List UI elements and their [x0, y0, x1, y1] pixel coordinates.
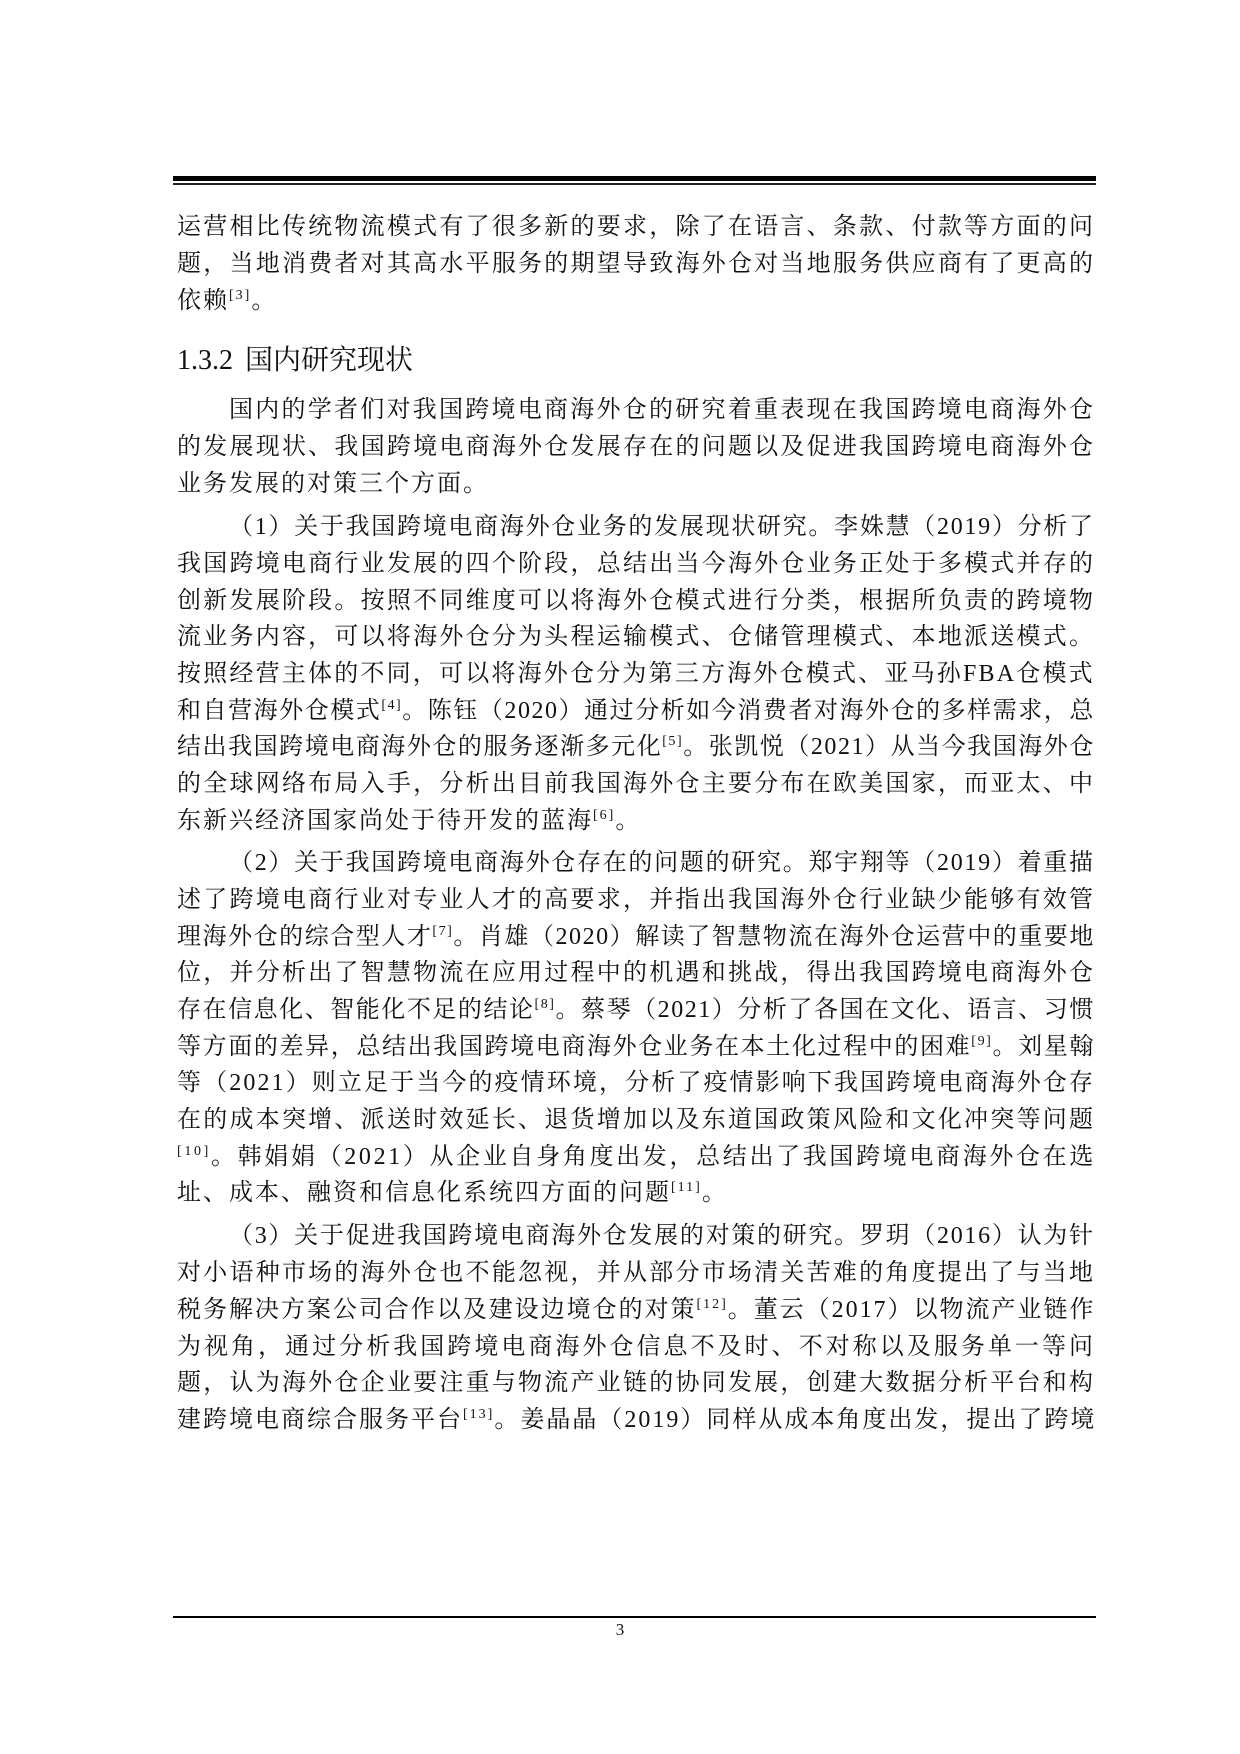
- line-text: 等（2021）则立足于当今的疫情环境，分析了疫情影响下我国跨境电商海外仓存: [177, 1070, 1095, 1096]
- text-line: 理海外仓的综合型人才[7]。肖雄（2020）解读了智慧物流在海外仓运营中的重要地: [177, 922, 1093, 952]
- line-text: 题，认为海外仓企业要注重与物流产业链的协同发展，创建大数据分析平台和构: [177, 1370, 1095, 1396]
- text-line: （1）关于我国跨境电商海外仓业务的发展现状研究。李姝慧（2019）分析了: [229, 512, 1093, 542]
- line-text: 存在信息化、智能化不足的结论: [177, 997, 535, 1023]
- citation-ref[interactable]: [4]: [381, 698, 402, 713]
- line-text-continued: 。肖雄（2020）解读了智慧物流在海外仓运营中的重要地: [453, 924, 1095, 950]
- citation-ref[interactable]: [11]: [671, 1180, 702, 1195]
- line-text: 东新兴经济国家尚处于待开发的蓝海: [177, 808, 593, 834]
- footer-rule: [173, 1616, 1096, 1618]
- text-line: 流业务内容，可以将海外仓分为头程运输模式、仓储管理模式、本地派送模式。: [177, 622, 1093, 652]
- citation-ref[interactable]: [13]: [463, 1407, 494, 1422]
- text-line: 等（2021）则立足于当今的疫情环境，分析了疫情影响下我国跨境电商海外仓存: [177, 1068, 1093, 1098]
- line-text: 结出我国跨境电商海外仓的服务逐渐多元化: [177, 734, 662, 760]
- text-line: （2）关于我国跨境电商海外仓存在的问题的研究。郑宇翔等（2019）着重描: [229, 848, 1093, 878]
- text-line: [10]。韩娟娟（2021）从企业自身角度出发，总结出了我国跨境电商海外仓在选: [177, 1142, 1093, 1172]
- text-line: 等方面的差异，总结出我国跨境电商海外仓业务在本土化过程中的困难[9]。刘星翰: [177, 1032, 1093, 1062]
- text-line: 税务解决方案公司合作以及建设边境仓的对策[12]。董云（2017）以物流产业链作: [177, 1295, 1093, 1325]
- section-number: 1.3.2: [177, 345, 233, 376]
- line-text: 题，当地消费者对其高水平服务的期望导致海外仓对当地服务供应商有了更高的: [177, 251, 1095, 277]
- text-line: 题，当地消费者对其高水平服务的期望导致海外仓对当地服务供应商有了更高的: [177, 249, 1093, 279]
- line-text: 为视角，通过分析我国跨境电商海外仓信息不及时、不对称以及服务单一等问: [177, 1334, 1096, 1360]
- citation-ref[interactable]: [5]: [662, 734, 683, 749]
- header-rule-thick: [173, 176, 1096, 181]
- line-text: 税务解决方案公司合作以及建设边境仓的对策: [177, 1297, 697, 1323]
- citation-ref[interactable]: [10]: [177, 1144, 211, 1159]
- citation-ref[interactable]: [3]: [229, 288, 251, 303]
- line-text: 创新发展阶段。按照不同维度可以将海外仓模式进行分类，根据所负责的跨境物: [177, 588, 1095, 614]
- text-line: 按照经营主体的不同，可以将海外仓分为第三方海外仓模式、亚马孙FBA仓模式: [177, 659, 1093, 689]
- line-text: 理海外仓的综合型人才: [177, 924, 432, 950]
- citation-ref[interactable]: [9]: [971, 1034, 992, 1049]
- text-line: 业务发展的对策三个方面。: [177, 469, 1093, 499]
- text-line: 依赖[3]。: [177, 286, 1093, 316]
- line-text: （2）关于我国跨境电商海外仓存在的问题的研究。郑宇翔等（2019）着重描: [229, 850, 1095, 876]
- text-line: 的全球网络布局入手，分析出目前我国海外仓主要分布在欧美国家，而亚太、中: [177, 769, 1093, 799]
- text-line: 题，认为海外仓企业要注重与物流产业链的协同发展，创建大数据分析平台和构: [177, 1368, 1093, 1398]
- text-line: 运营相比传统物流模式有了很多新的要求，除了在语言、条款、付款等方面的问: [177, 212, 1093, 242]
- line-text: 运营相比传统物流模式有了很多新的要求，除了在语言、条款、付款等方面的问: [177, 214, 1095, 240]
- text-line: 对小语种市场的海外仓也不能忽视，并从部分市场清关苦难的角度提出了与当地: [177, 1258, 1093, 1288]
- line-text-continued: 。张凯悦（2021）从当今我国海外仓: [683, 734, 1095, 760]
- line-text: （1）关于我国跨境电商海外仓业务的发展现状研究。李姝慧（2019）分析了: [229, 514, 1095, 540]
- text-line: 述了跨境电商行业对专业人才的高要求，并指出我国海外仓行业缺少能够有效管: [177, 885, 1093, 915]
- text-line: （3）关于促进我国跨境电商海外仓发展的对策的研究。罗玥（2016）认为针: [229, 1221, 1093, 1251]
- line-text: 依赖: [177, 288, 229, 314]
- line-text: （3）关于促进我国跨境电商海外仓发展的对策的研究。罗玥（2016）认为针: [229, 1223, 1095, 1249]
- citation-ref[interactable]: [8]: [535, 997, 556, 1012]
- line-text-continued: 。蔡琴（2021）分析了各国在文化、语言、习惯: [556, 997, 1095, 1023]
- citation-ref[interactable]: [7]: [432, 924, 453, 939]
- text-line: 址、成本、融资和信息化系统四方面的问题[11]。: [177, 1178, 1093, 1208]
- citation-ref[interactable]: [6]: [593, 808, 615, 823]
- line-text: 我国跨境电商行业发展的四个阶段，总结出当今海外仓业务正处于多模式并存的: [177, 551, 1095, 577]
- line-text-continued: 。: [251, 288, 277, 314]
- line-text-continued: 。姜晶晶（2019）同样从成本角度出发，提出了跨境: [494, 1407, 1096, 1433]
- section-title: 国内研究现状: [245, 343, 413, 376]
- line-text: 国内的学者们对我国跨境电商海外仓的研究着重表现在我国跨境电商海外仓: [229, 397, 1095, 423]
- line-text-continued: 。: [615, 808, 641, 834]
- line-text-continued: 。董云（2017）以物流产业链作: [728, 1297, 1096, 1323]
- line-text: 等方面的差异，总结出我国跨境电商海外仓业务在本土化过程中的困难: [177, 1034, 971, 1060]
- line-text-continued: 。刘星翰: [992, 1034, 1095, 1060]
- citation-ref[interactable]: [12]: [697, 1297, 728, 1312]
- text-line: 位，并分析出了智慧物流在应用过程中的机遇和挑战，得出我国跨境电商海外仓: [177, 958, 1093, 988]
- section-heading: 1.3.2国内研究现状: [177, 343, 413, 378]
- line-text: 按照经营主体的不同，可以将海外仓分为第三方海外仓模式、亚马孙FBA仓模式: [177, 661, 1095, 687]
- text-line: 国内的学者们对我国跨境电商海外仓的研究着重表现在我国跨境电商海外仓: [229, 395, 1093, 425]
- line-text: 流业务内容，可以将海外仓分为头程运输模式、仓储管理模式、本地派送模式。: [177, 624, 1095, 650]
- text-line: 东新兴经济国家尚处于待开发的蓝海[6]。: [177, 806, 1093, 836]
- text-line: 建跨境电商综合服务平台[13]。姜晶晶（2019）同样从成本角度出发，提出了跨境: [177, 1405, 1093, 1435]
- line-text: 建跨境电商综合服务平台: [177, 1407, 463, 1433]
- line-text-continued: 。: [702, 1180, 728, 1206]
- line-text: 的发展现状、我国跨境电商海外仓发展存在的问题以及促进我国跨境电商海外仓: [177, 434, 1095, 460]
- text-line: 我国跨境电商行业发展的四个阶段，总结出当今海外仓业务正处于多模式并存的: [177, 549, 1093, 579]
- line-text: 位，并分析出了智慧物流在应用过程中的机遇和挑战，得出我国跨境电商海外仓: [177, 960, 1095, 986]
- line-text: 述了跨境电商行业对专业人才的高要求，并指出我国海外仓行业缺少能够有效管: [177, 887, 1095, 913]
- line-text: 对小语种市场的海外仓也不能忽视，并从部分市场清关苦难的角度提出了与当地: [177, 1260, 1095, 1286]
- line-text: 址、成本、融资和信息化系统四方面的问题: [177, 1180, 671, 1206]
- text-line: 存在信息化、智能化不足的结论[8]。蔡琴（2021）分析了各国在文化、语言、习惯: [177, 995, 1093, 1025]
- line-text: 和自营海外仓模式: [177, 698, 381, 724]
- line-text: 的全球网络布局入手，分析出目前我国海外仓主要分布在欧美国家，而亚太、中: [177, 771, 1095, 797]
- text-line: 和自营海外仓模式[4]。陈钰（2020）通过分析如今消费者对海外仓的多样需求，总: [177, 696, 1093, 726]
- text-line: 创新发展阶段。按照不同维度可以将海外仓模式进行分类，根据所负责的跨境物: [177, 586, 1093, 616]
- text-line: 在的成本突增、派送时效延长、退货增加以及东道国政策风险和文化冲突等问题: [177, 1105, 1093, 1135]
- page-number: 3: [0, 1620, 1240, 1640]
- line-text: 业务发展的对策三个方面。: [177, 471, 489, 497]
- text-line: 结出我国跨境电商海外仓的服务逐渐多元化[5]。张凯悦（2021）从当今我国海外仓: [177, 732, 1093, 762]
- header-rule-thin: [173, 183, 1096, 185]
- line-text-continued: 。韩娟娟（2021）从企业自身角度出发，总结出了我国跨境电商海外仓在选: [211, 1144, 1096, 1170]
- line-text-continued: 。陈钰（2020）通过分析如今消费者对海外仓的多样需求，总: [402, 698, 1095, 724]
- text-line: 为视角，通过分析我国跨境电商海外仓信息不及时、不对称以及服务单一等问: [177, 1332, 1093, 1362]
- text-line: 的发展现状、我国跨境电商海外仓发展存在的问题以及促进我国跨境电商海外仓: [177, 432, 1093, 462]
- line-text: 在的成本突增、派送时效延长、退货增加以及东道国政策风险和文化冲突等问题: [177, 1107, 1095, 1133]
